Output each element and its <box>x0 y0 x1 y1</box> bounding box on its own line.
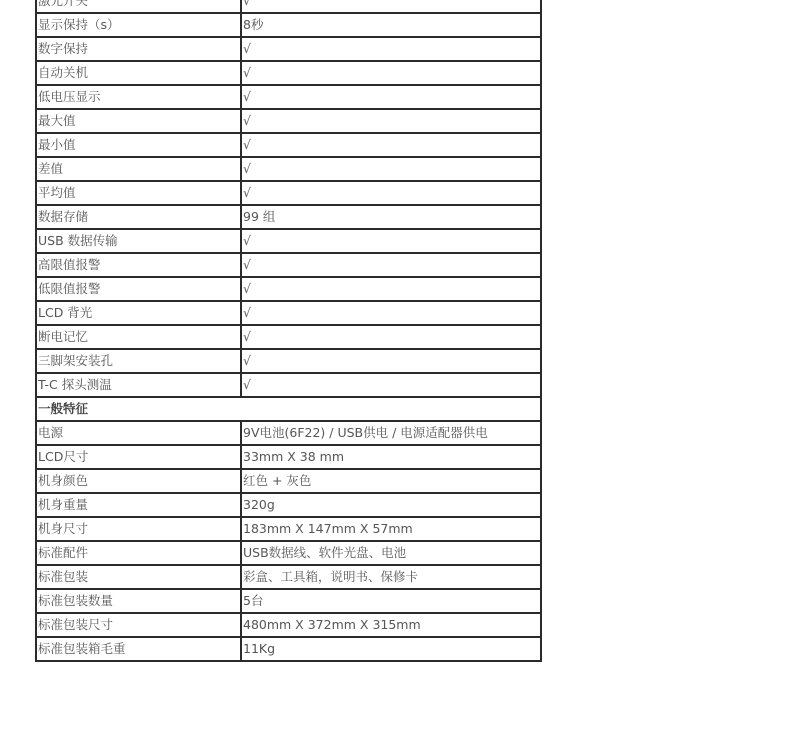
spec-label: 最小值 <box>36 133 241 157</box>
table-row: 激光开关√ <box>36 0 541 13</box>
spec-label: T-C 探头测温 <box>36 373 241 397</box>
spec-label: 机身颜色 <box>36 469 241 493</box>
table-row: 机身颜色红色 + 灰色 <box>36 469 541 493</box>
spec-table: 激光开关√ 显示保持（s）8秒 数字保持√ 自动关机√ 低电压显示√ 最大值√ … <box>35 0 542 662</box>
table-row: 断电记忆√ <box>36 325 541 349</box>
spec-value: 11Kg <box>241 637 541 661</box>
spec-label: 标准包装尺寸 <box>36 613 241 637</box>
spec-label: 机身重量 <box>36 493 241 517</box>
spec-value: √ <box>241 181 541 205</box>
spec-label: 显示保持（s） <box>36 13 241 37</box>
spec-value: √ <box>241 349 541 373</box>
table-row: 显示保持（s）8秒 <box>36 13 541 37</box>
spec-value: USB数据线、软件光盘、电池 <box>241 541 541 565</box>
spec-value: 8秒 <box>241 13 541 37</box>
spec-value: √ <box>241 61 541 85</box>
spec-value: 183mm X 147mm X 57mm <box>241 517 541 541</box>
spec-value: √ <box>241 253 541 277</box>
table-row: 自动关机√ <box>36 61 541 85</box>
spec-value: √ <box>241 277 541 301</box>
spec-value: 红色 + 灰色 <box>241 469 541 493</box>
table-row: T-C 探头测温√ <box>36 373 541 397</box>
section-header-row: 一般特征 <box>36 397 541 421</box>
spec-label: 差值 <box>36 157 241 181</box>
spec-label: LCD 背光 <box>36 301 241 325</box>
spec-value: 9V电池(6F22) / USB供电 / 电源适配器供电 <box>241 421 541 445</box>
table-row: 标准包装数量5台 <box>36 589 541 613</box>
table-row: LCD尺寸33mm X 38 mm <box>36 445 541 469</box>
spec-label: 数据存储 <box>36 205 241 229</box>
table-row: 机身尺寸183mm X 147mm X 57mm <box>36 517 541 541</box>
table-row: 标准包装彩盒、工具箱，说明书、保修卡 <box>36 565 541 589</box>
spec-value: 480mm X 372mm X 315mm <box>241 613 541 637</box>
spec-value: √ <box>241 325 541 349</box>
table-row: 最小值√ <box>36 133 541 157</box>
spec-label: 标准包装箱毛重 <box>36 637 241 661</box>
table-row: 高限值报警√ <box>36 253 541 277</box>
spec-label: 自动关机 <box>36 61 241 85</box>
spec-label: 低电压显示 <box>36 85 241 109</box>
table-row: LCD 背光√ <box>36 301 541 325</box>
spec-value: 99 组 <box>241 205 541 229</box>
spec-label: 低限值报警 <box>36 277 241 301</box>
table-row: 平均值√ <box>36 181 541 205</box>
section-title-general: 一般特征 <box>36 397 541 421</box>
table-row: 低电压显示√ <box>36 85 541 109</box>
spec-value: 33mm X 38 mm <box>241 445 541 469</box>
spec-value: √ <box>241 0 541 13</box>
table-row: 三脚架安装孔√ <box>36 349 541 373</box>
spec-value: √ <box>241 85 541 109</box>
spec-label: 标准包装数量 <box>36 589 241 613</box>
spec-value: √ <box>241 37 541 61</box>
spec-label: 最大值 <box>36 109 241 133</box>
spec-label: 标准包装 <box>36 565 241 589</box>
table-row: 数字保持√ <box>36 37 541 61</box>
spec-value: √ <box>241 133 541 157</box>
spec-label: 激光开关 <box>36 0 241 13</box>
spec-value: 320g <box>241 493 541 517</box>
table-row: 电源9V电池(6F22) / USB供电 / 电源适配器供电 <box>36 421 541 445</box>
table-row: 标准包装箱毛重11Kg <box>36 637 541 661</box>
table-row: 机身重量320g <box>36 493 541 517</box>
spec-label: LCD尺寸 <box>36 445 241 469</box>
spec-label: 三脚架安装孔 <box>36 349 241 373</box>
spec-value: √ <box>241 109 541 133</box>
spec-value: 5台 <box>241 589 541 613</box>
spec-label: 数字保持 <box>36 37 241 61</box>
table-row: 最大值√ <box>36 109 541 133</box>
spec-label: 断电记忆 <box>36 325 241 349</box>
spec-value: √ <box>241 301 541 325</box>
spec-label: USB 数据传输 <box>36 229 241 253</box>
table-row: 低限值报警√ <box>36 277 541 301</box>
spec-value: √ <box>241 229 541 253</box>
spec-value: √ <box>241 157 541 181</box>
spec-label: 平均值 <box>36 181 241 205</box>
table-row: 标准配件USB数据线、软件光盘、电池 <box>36 541 541 565</box>
table-row: 标准包装尺寸480mm X 372mm X 315mm <box>36 613 541 637</box>
table-row: 差值√ <box>36 157 541 181</box>
table-row: USB 数据传输√ <box>36 229 541 253</box>
spec-value: √ <box>241 373 541 397</box>
spec-label: 机身尺寸 <box>36 517 241 541</box>
spec-label: 电源 <box>36 421 241 445</box>
spec-label: 标准配件 <box>36 541 241 565</box>
table-row: 数据存储99 组 <box>36 205 541 229</box>
spec-label: 高限值报警 <box>36 253 241 277</box>
spec-value: 彩盒、工具箱，说明书、保修卡 <box>241 565 541 589</box>
